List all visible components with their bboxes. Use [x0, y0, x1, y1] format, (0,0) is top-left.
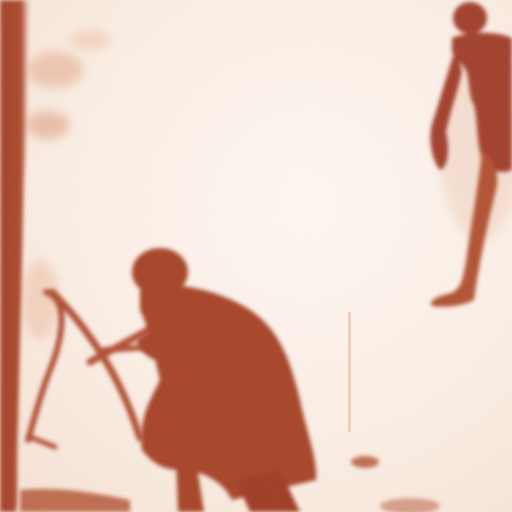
sepia-photograph: Sepia-toned vintage photograph: a crouch…	[0, 0, 512, 512]
film-grain	[0, 0, 512, 512]
photo-canvas	[0, 0, 512, 512]
